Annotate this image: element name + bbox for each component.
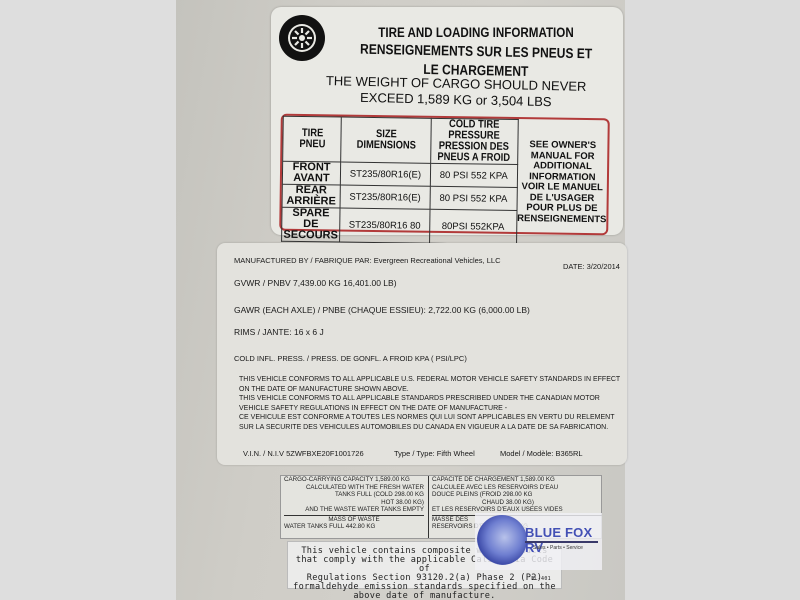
dealer-tagline: Sales • Parts • Service <box>533 545 583 551</box>
header-size: SIZEDIMENSIONS <box>347 117 424 163</box>
pressure-cell: 80PSI 552KPA <box>429 209 516 244</box>
tire-loading-label: TIRE AND LOADING INFORMATION RENSEIGNEME… <box>271 7 623 235</box>
certification-label: MANUFACTURED BY / FABRIQUE PAR: Evergree… <box>217 243 627 465</box>
size-cell: ST235/80R16(E) <box>340 185 430 209</box>
title-en: TIRE AND LOADING INFORMATION <box>378 25 573 40</box>
tire-label-title: TIRE AND LOADING INFORMATION RENSEIGNEME… <box>351 23 600 80</box>
right-margin <box>625 0 800 600</box>
dealer-watermark: BLUE FOX RV Sales • Parts • Service <box>475 513 602 570</box>
conformity-statement: THIS VEHICLE CONFORMS TO ALL APPLICABLE … <box>239 375 629 432</box>
header-pressure: COLD TIRE PRESSUREPRESSION DESPNEUS A FR… <box>437 118 512 164</box>
tire-pressure-table: TIREPNEU SIZEDIMENSIONS COLD TIRE PRESSU… <box>279 114 610 236</box>
fox-logo-icon <box>477 515 527 565</box>
cold-inflation: COLD INFL. PRESS. / PRESS. DE GONFL. A F… <box>234 354 467 363</box>
gawr: GAWR (EACH AXLE) / PNBE (CHAQUE ESSIEU):… <box>234 305 530 315</box>
vin: V.I.N. / N.I.V 5ZWFBXE20F1001726 <box>243 449 364 458</box>
cargo-english: CARGO-CARRYING CAPACITY 1,589.00 KG CALC… <box>284 476 424 538</box>
cargo-warning: THE WEIGHT OF CARGO SHOULD NEVER EXCEED … <box>311 73 602 112</box>
label-code: FL-401 <box>531 575 551 584</box>
vehicle-type: Type / Type: Fifth Wheel <box>394 449 475 458</box>
size-cell: ST235/80R16 80 <box>340 208 430 243</box>
header-tire: TIREPNEU <box>287 116 337 162</box>
pressure-cell: 80 PSI 552 KPA <box>430 163 517 187</box>
vehicle-model: Model / Modèle: B365RL <box>500 449 583 458</box>
size-cell: ST235/80R16(E) <box>340 162 430 186</box>
pressure-cell: 80 PSI 552 KPA <box>430 186 517 210</box>
owners-manual-note: SEE OWNER'SMANUAL FOR ADDITIONALINFORMAT… <box>516 120 607 246</box>
manufacturer: MANUFACTURED BY / FABRIQUE PAR: Evergree… <box>234 256 500 265</box>
gvwr: GVWR / PNBV 7,439.00 KG 16,401.00 LB) <box>234 278 397 288</box>
divider <box>525 541 598 543</box>
manufacture-date: DATE: 3/20/2014 <box>563 262 620 271</box>
left-margin <box>0 0 176 600</box>
tire-icon <box>278 14 326 62</box>
rims: RIMS / JANTE: 16 x 6 J <box>234 327 324 337</box>
